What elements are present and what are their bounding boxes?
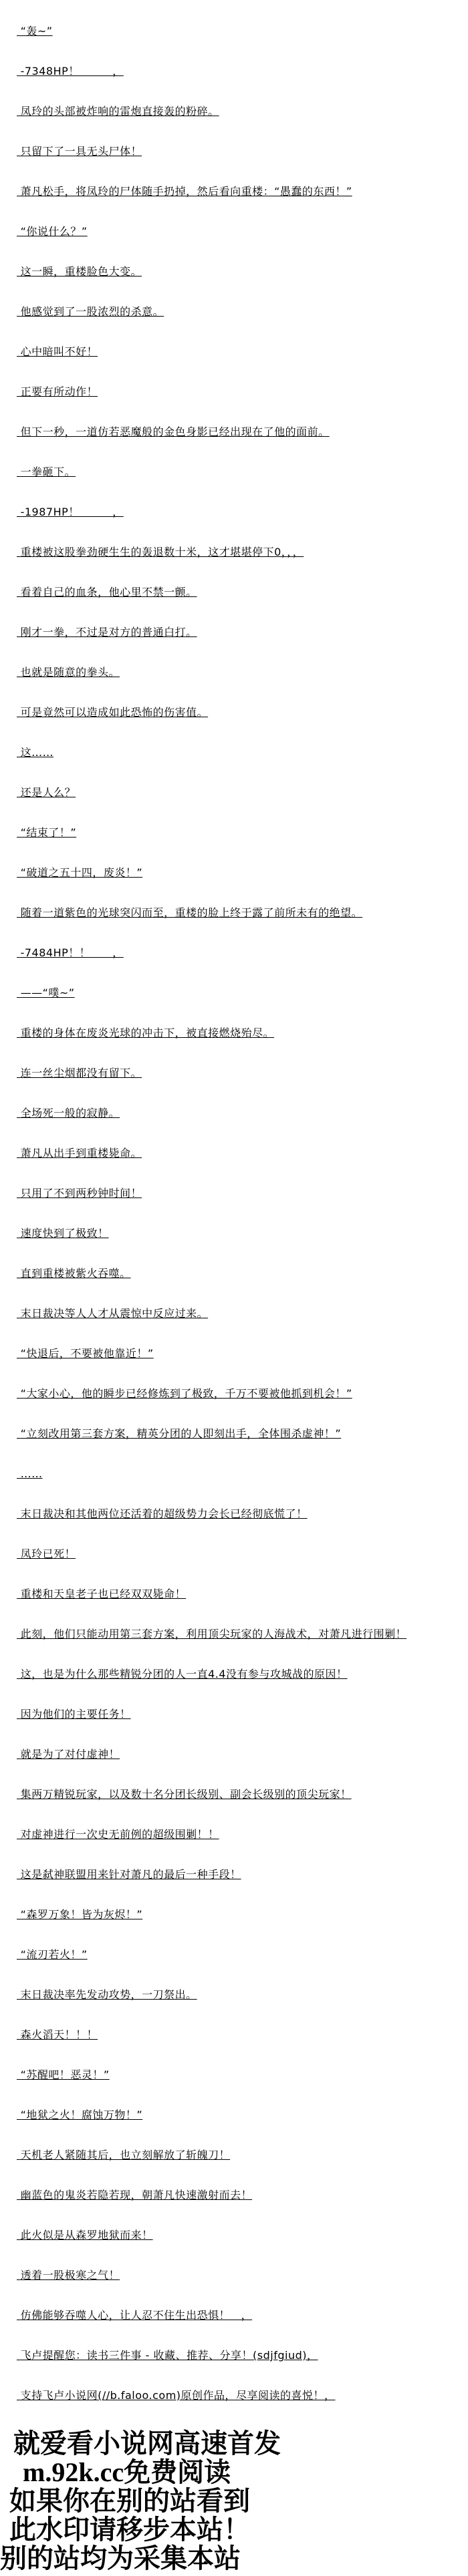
paragraph-line: “苏醒吧！恶灵！” bbox=[17, 2068, 468, 2082]
paragraph-line: 只用了不到两秒钟时间！ bbox=[17, 1187, 468, 1200]
paragraph-line: 可是竟然可以造成如此恐怖的伤害值。 bbox=[17, 706, 468, 719]
paragraph-line: “破道之五十四，废炎！” bbox=[17, 866, 468, 880]
paragraph-line: 正要有所动作！ bbox=[17, 385, 468, 399]
paragraph-line: “大家小心，他的瞬步已经修炼到了极致，千万不要被他抓到机会！” bbox=[17, 1387, 468, 1401]
paragraph-line: 随着一道紫色的光球突闪而至，重楼的脸上终于露了前所未有的绝望。 bbox=[17, 906, 468, 920]
paragraph-line: 凤玲的头部被炸响的雷炮直接轰的粉碎。 bbox=[17, 105, 468, 118]
paragraph-line: 连一丝尘烟都没有留下。 bbox=[17, 1067, 468, 1080]
paragraph-line: 萧凡从出手到重楼毙命。 bbox=[17, 1147, 468, 1160]
chapter-text-body: “轰~”-7348HP！ ，凤玲的头部被炸响的雷炮直接轰的粉碎。只留下了一具无头… bbox=[0, 0, 468, 2402]
paragraph-line: 森火滔天！！！ bbox=[17, 2028, 468, 2042]
paragraph-line: -1987HP！ ， bbox=[17, 506, 468, 519]
paragraph-line: 速度快到了极致！ bbox=[17, 1227, 468, 1240]
paragraph-line: 因为他们的主要任务！ bbox=[17, 1708, 468, 1721]
paragraph-line: 直到重楼被紫火吞噬。 bbox=[17, 1267, 468, 1280]
paragraph-line: 集两万精锐玩家，以及数十名分团长级别、副会长级别的顶尖玩家！ bbox=[17, 1788, 468, 1801]
paragraph-line: 这是弑神联盟用来针对萧凡的最后一种手段！ bbox=[17, 1868, 468, 1881]
paragraph-line: 此刻，他们只能动用第三套方案，利用顶尖玩家的人海战术，对萧凡进行围剿！ bbox=[17, 1628, 468, 1641]
paragraph-line: “结束了！” bbox=[17, 826, 468, 840]
paragraph-line: “你说什么？” bbox=[17, 225, 468, 238]
paragraph-line: 飞卢提醒您：读书三件事 - 收藏、推荐、分享！(sdjfgiud)， bbox=[17, 2349, 468, 2362]
paragraph-line: 刚才一拳，不过是对方的普通白打。 bbox=[17, 626, 468, 639]
paragraph-line: 支持飞卢小说网(//b.faloo.com)原创作品，尽享阅读的喜悦！， bbox=[17, 2389, 468, 2402]
paragraph-line: 末日裁决和其他两位还活着的超级势力会长已经彻底慌了！ bbox=[17, 1507, 468, 1521]
paragraph-line: “森罗万象！皆为灰烬！” bbox=[17, 1908, 468, 1921]
paragraph-line: 天机老人紧随其后，也立刻解放了斩魄刀！ bbox=[17, 2149, 468, 2162]
paragraph-line: 末日裁决率先发动攻势，一刀祭出。 bbox=[17, 1988, 468, 2002]
paragraph-line: …… bbox=[17, 1467, 468, 1481]
paragraph-line: 末日裁决等人人才从震惊中反应过来。 bbox=[17, 1307, 468, 1320]
paragraph-line: 这…… bbox=[17, 746, 468, 759]
paragraph-line: 对虚神进行一次史无前例的超级围剿！！ bbox=[17, 1828, 468, 1841]
paragraph-line: 这一瞬，重楼脸色大变。 bbox=[17, 265, 468, 279]
paragraph-line: 也就是随意的拳头。 bbox=[17, 666, 468, 679]
watermark-line: 此水印请移步本站！ bbox=[0, 2515, 468, 2544]
paragraph-line: 仿佛能够吞噬人心，让人忍不住生出恐惧！ ， bbox=[17, 2309, 468, 2322]
paragraph-line: 透着一股极寒之气！ bbox=[17, 2269, 468, 2282]
paragraph-line: “轰~” bbox=[17, 25, 468, 38]
paragraph-line: “流刃若火！” bbox=[17, 1948, 468, 1962]
paragraph-line: -7348HP！ ， bbox=[17, 65, 468, 78]
paragraph-line: “立刻改用第三套方案，精英分团的人即刻出手，全体围杀虚神！” bbox=[17, 1427, 468, 1441]
paragraph-line: -7484HP！！ ， bbox=[17, 946, 468, 960]
watermark-line: m.92k.cc免费阅读 bbox=[0, 2458, 468, 2487]
paragraph-line: 他感觉到了一股浓烈的杀意。 bbox=[17, 305, 468, 319]
novel-reader-page: “轰~”-7348HP！ ，凤玲的头部被炸响的雷炮直接轰的粉碎。只留下了一具无头… bbox=[0, 0, 468, 2573]
paragraph-line: 只留下了一具无头尸体！ bbox=[17, 145, 468, 158]
watermark-block: 就爱看小说网高速首发m.92k.cc免费阅读如果你在别的站看到此水印请移步本站！… bbox=[0, 2429, 468, 2573]
watermark-line: 如果你在别的站看到 bbox=[0, 2487, 468, 2515]
paragraph-line: 重楼被这股拳劲硬生生的轰退数十米，这才堪堪停下0，，， bbox=[17, 546, 468, 559]
paragraph-line: “快退后，不要被他靠近！” bbox=[17, 1347, 468, 1360]
paragraph-line: 看着自己的血条，他心里不禁一颤。 bbox=[17, 586, 468, 599]
paragraph-line: 这，也是为什么那些精锐分团的人一直4.4没有参与攻城战的原因！ bbox=[17, 1668, 468, 1681]
paragraph-line: 就是为了对付虚神！ bbox=[17, 1748, 468, 1761]
paragraph-line: 幽蓝色的鬼炎若隐若现，朝萧凡快速激射而去！ bbox=[17, 2189, 468, 2202]
paragraph-line: “地狱之火！腐蚀万物！” bbox=[17, 2108, 468, 2122]
watermark-line: 就爱看小说网高速首发 bbox=[0, 2429, 468, 2458]
paragraph-line: 萧凡松手，将凤玲的尸体随手扔掉，然后看向重楼：“愚蠢的东西！” bbox=[17, 185, 468, 198]
paragraph-line: 心中暗叫不好！ bbox=[17, 345, 468, 359]
paragraph-line: ——“噗~” bbox=[17, 986, 468, 1000]
paragraph-line: 此火似是从森罗地狱而来！ bbox=[17, 2229, 468, 2242]
paragraph-line: 凤玲已死！ bbox=[17, 1547, 468, 1561]
paragraph-line: 还是人么？ bbox=[17, 786, 468, 799]
paragraph-line: 一拳砸下。 bbox=[17, 466, 468, 479]
paragraph-line: 全场死一般的寂静。 bbox=[17, 1107, 468, 1120]
paragraph-line: 重楼的身体在废炎光球的冲击下，被直接燃烧殆尽。 bbox=[17, 1027, 468, 1040]
watermark-line: 别的站均为采集本站 bbox=[0, 2544, 468, 2573]
paragraph-line: 重楼和天皇老子也已经双双毙命！ bbox=[17, 1588, 468, 1601]
paragraph-line: 但下一秒，一道仿若恶魔般的金色身影已经出现在了他的面前。 bbox=[17, 425, 468, 439]
